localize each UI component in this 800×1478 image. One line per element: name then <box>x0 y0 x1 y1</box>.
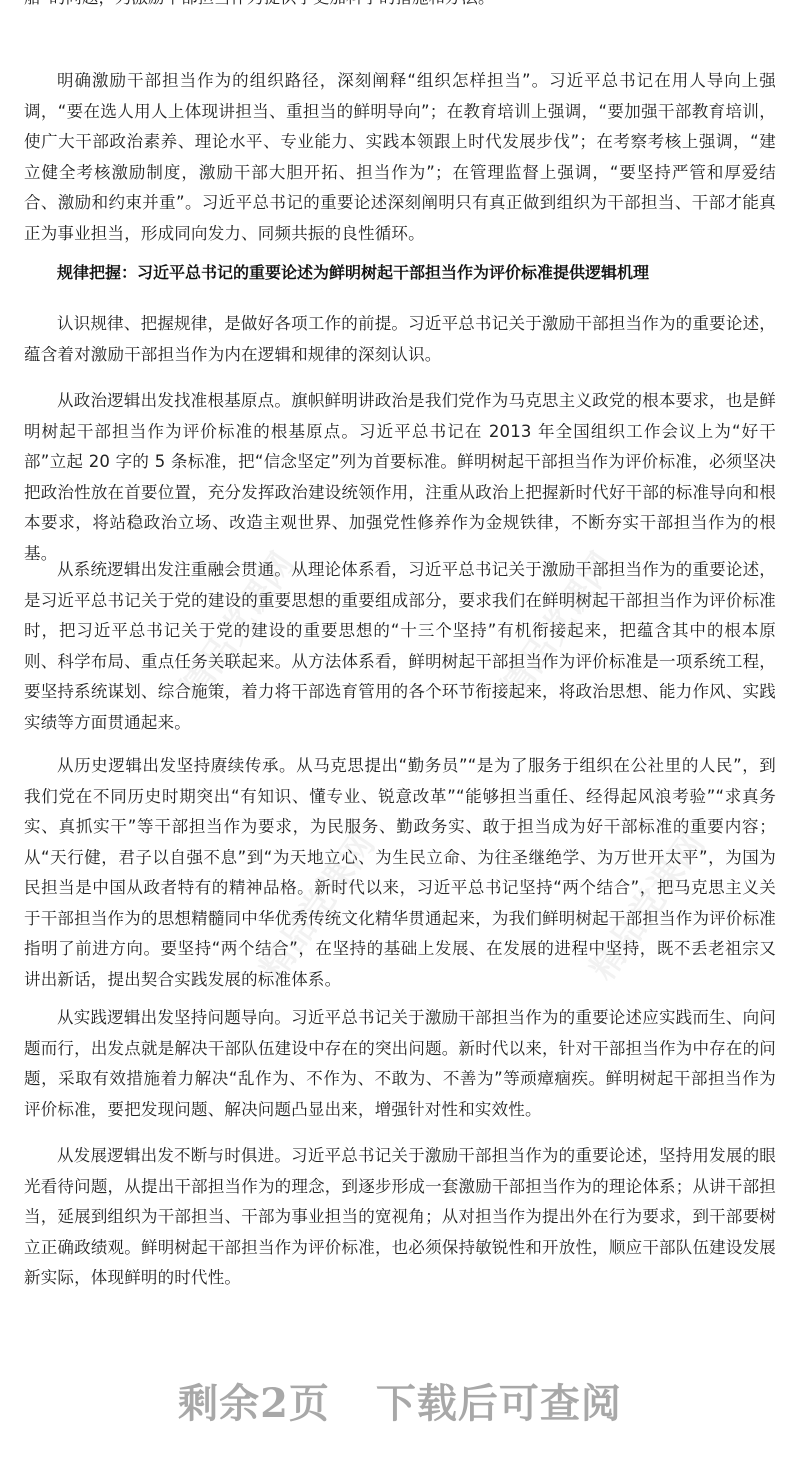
paragraph-development-logic: 从发展逻辑出发不断与时俱进。习近平总书记关于激励干部担当作为的重要论述，坚持用发… <box>24 1141 776 1294</box>
download-to-view-label[interactable]: 下载后可查阅 <box>376 1372 622 1429</box>
paragraph-organization-path: 明确激励干部担当作为的组织路径，深刻阐释“组织怎样担当”。习近平总书记在用人导向… <box>24 66 776 249</box>
paragraph-intro: 认识规律、把握规律，是做好各项工作的前提。习近平总书记关于激励干部担当作为的重要… <box>24 309 776 370</box>
download-prompt-banner[interactable]: 剩余2页下载后可查阅 <box>0 1372 800 1429</box>
paragraph-practice-logic: 从实践逻辑出发坚持问题导向。习近平总书记关于激励干部担当作为的重要论述应实践而生… <box>24 1003 776 1125</box>
section-heading: 规律把握：习近平总书记的重要论述为鲜明树起干部担当作为评价标准提供逻辑机理 <box>57 259 649 287</box>
document-page: 精品党课网 精品党课网 精品党课网 精品党课网 船“的问题，为激励干部担当作为提… <box>0 0 800 1478</box>
paragraph-system-logic: 从系统逻辑出发注重融会贯通。从理论体系看，习近平总书记关于激励干部担当作为的重要… <box>24 555 776 738</box>
paragraph-political-logic: 从政治逻辑出发找准根基原点。旗帜鲜明讲政治是我们党作为马克思主义政党的根本要求，… <box>24 386 776 569</box>
cut-off-line: 船“的问题，为激励干部担当作为提供了更加科学的措施和办法。 <box>24 0 495 13</box>
paragraph-historical-logic: 从历史逻辑出发坚持赓续传承。从马克思提出“勤务员”“是为了服务于组织在公社里的人… <box>24 751 776 995</box>
remaining-pages-label[interactable]: 剩余2页 <box>178 1372 330 1429</box>
